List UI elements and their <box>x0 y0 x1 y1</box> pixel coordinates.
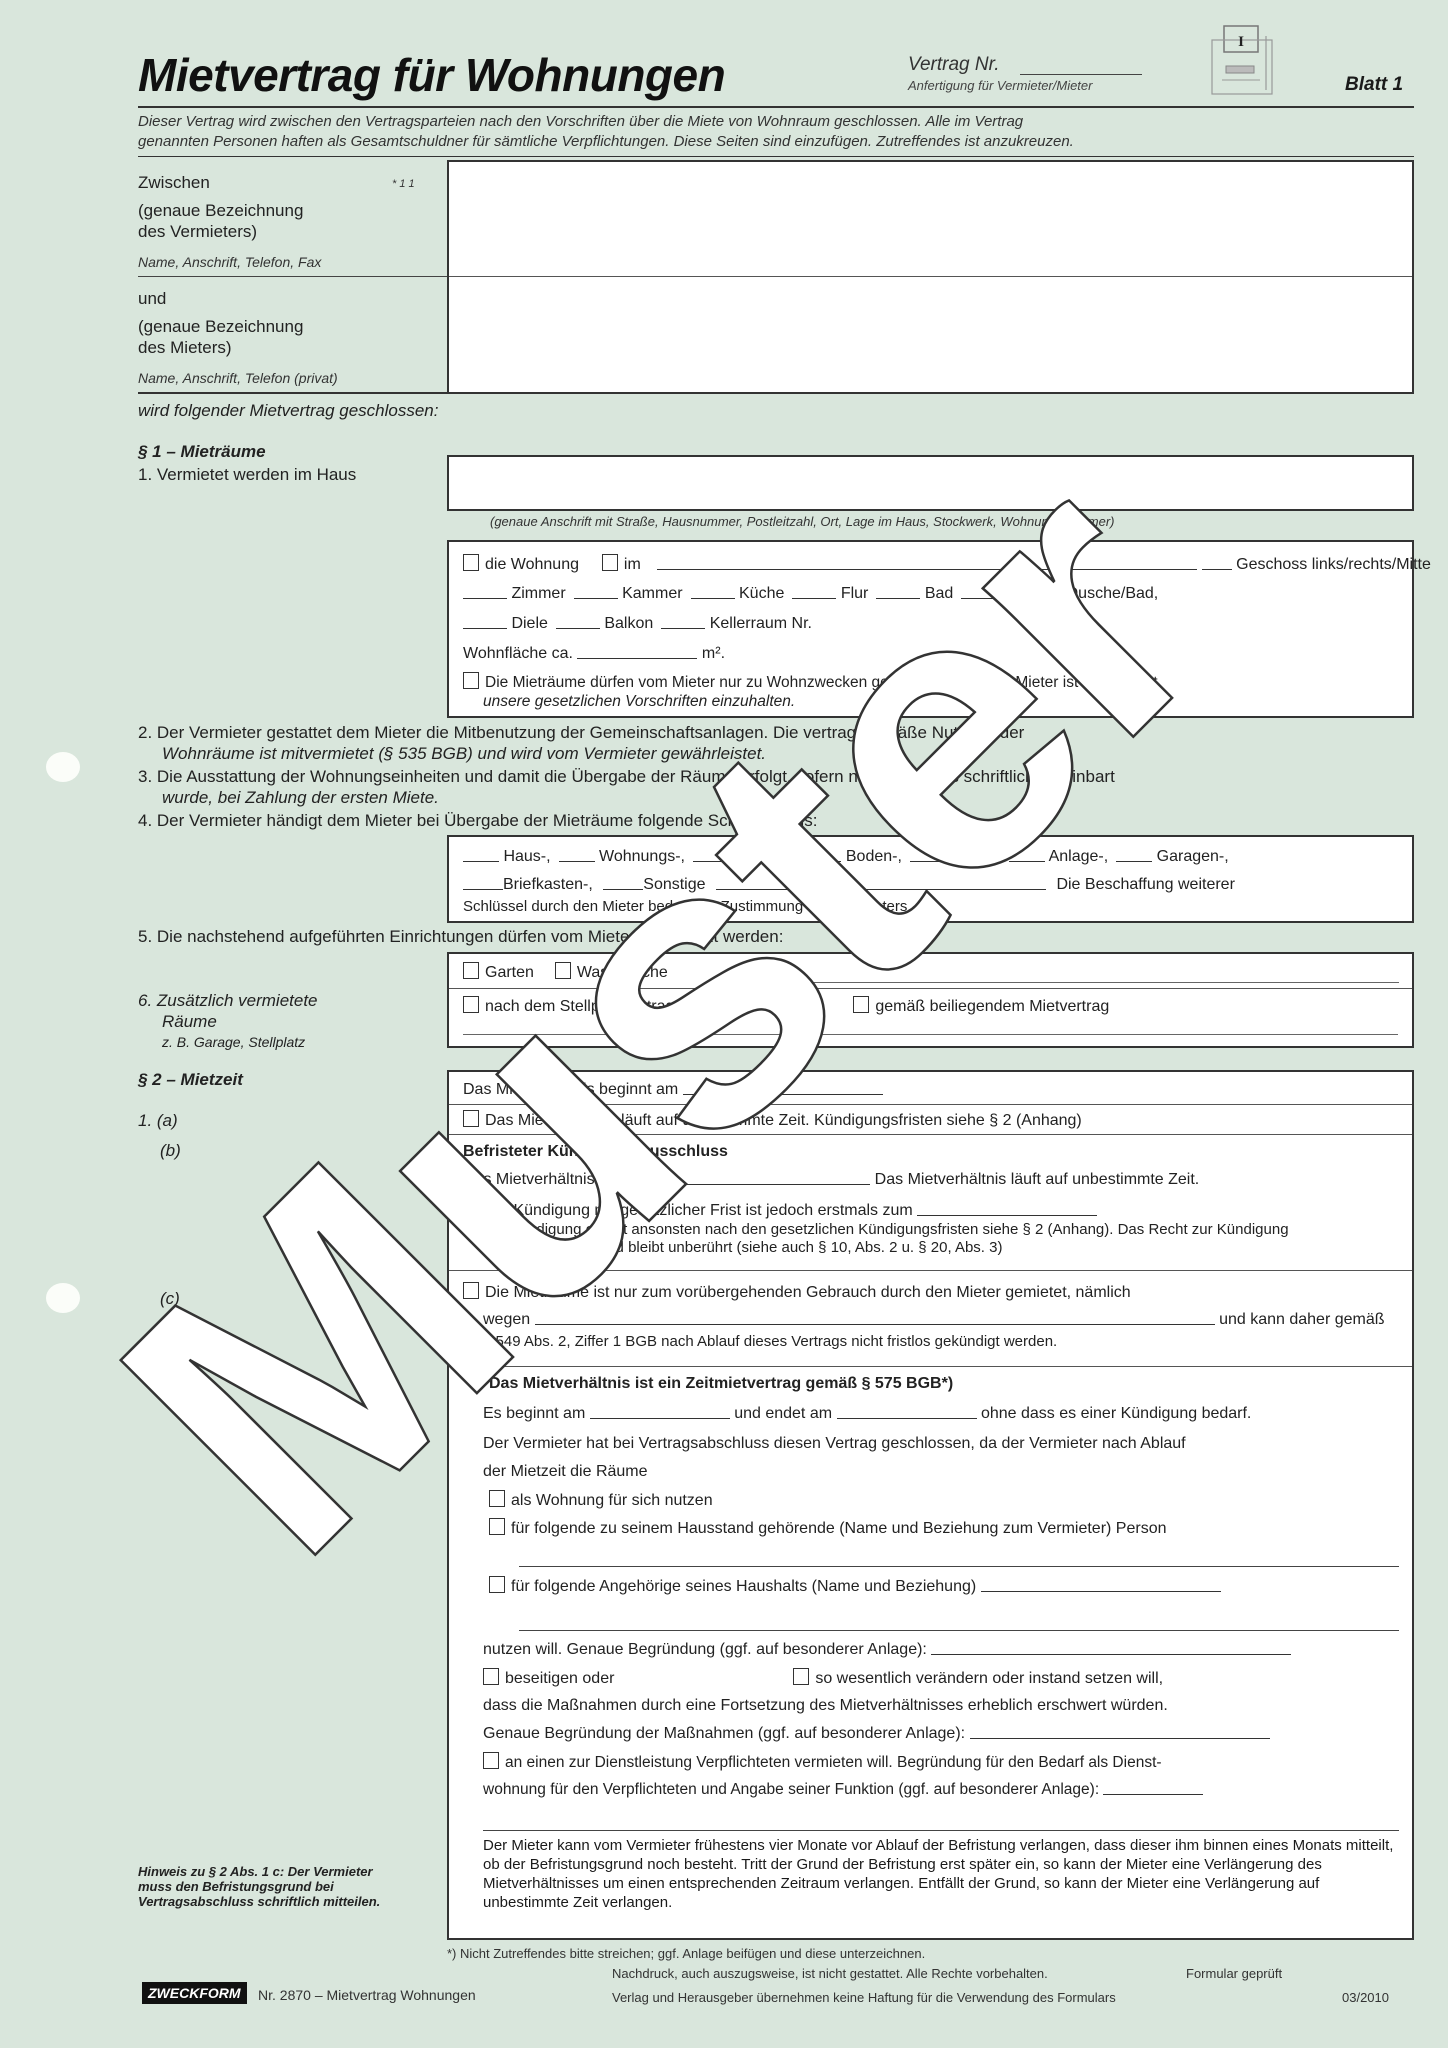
area-label: Wohnfläche ca. <box>463 645 573 662</box>
room-label: WC mit Dusche/Bad, <box>1005 585 1158 602</box>
opt-stellplatz-label: nach dem Stellplatzvertrag <box>485 998 674 1015</box>
key-count-field[interactable] <box>805 847 841 862</box>
zeit-reason-2: der Mietzeit die Räume <box>483 1462 648 1482</box>
opt-unbefristet-label: Das Mietverhältnis läuft auf unbestimmte… <box>485 1112 1082 1129</box>
kuendigung-first-field[interactable] <box>917 1201 1097 1216</box>
checkbox-befristet[interactable] <box>463 1282 479 1299</box>
key-count-field[interactable] <box>1116 847 1152 862</box>
footer-right-1: Formular geprüft <box>1186 1966 1282 1981</box>
address-caption: (genaue Anschrift mit Straße, Hausnummer… <box>490 514 1114 529</box>
befristet-tail: und kann daher gemäß <box>1219 1311 1384 1328</box>
landlord-sub: Name, Anschrift, Telefon, Fax <box>138 254 321 270</box>
party-divider <box>138 276 448 277</box>
use-terms-label-2: unsere gesetzlichen Vorschriften einzuha… <box>483 692 795 712</box>
contract-number-label: Vertrag Nr. <box>908 54 1000 76</box>
room-count-field[interactable] <box>661 614 705 629</box>
room-label: Balkon <box>600 615 653 632</box>
opt-familie-label: für folgende zu seinem Hausstand gehören… <box>511 1520 1166 1537</box>
checkbox-waschkueche[interactable] <box>555 962 571 979</box>
extras-box: Garten Waschküche nach dem Stellplatzver… <box>447 952 1414 1048</box>
reason-2: dass die Maßnahmen durch eine Fortsetzun… <box>483 1696 1168 1716</box>
use-terms-label: Die Mieträume dürfen vom Mieter nur zu W… <box>485 674 1162 691</box>
opt-eigen-label: als Wohnung für sich nutzen <box>511 1492 713 1509</box>
geschoss-label: Geschoss links/rechts/Mitte <box>1236 556 1431 573</box>
room-count-field[interactable] <box>463 614 507 629</box>
svg-text:I: I <box>1238 34 1244 50</box>
key-count-field[interactable] <box>463 847 499 862</box>
term-divider-4 <box>449 1366 1412 1367</box>
punch-hole-bottom <box>46 1283 80 1313</box>
reason-field[interactable] <box>931 1640 1291 1655</box>
section-2-heading: § 2 – Mietzeit <box>138 1070 243 1090</box>
familie-field[interactable] <box>519 1566 1399 1567</box>
s1-item6-label: 6. Zusätzlich vermietete Räume z. B. Gar… <box>138 990 318 1053</box>
term-divider-1 <box>449 1104 1412 1105</box>
notice-rule <box>483 1830 1399 1831</box>
contract-number-field[interactable] <box>1020 74 1142 75</box>
room-count-field[interactable] <box>463 584 507 599</box>
reason-3-field[interactable] <box>970 1724 1270 1739</box>
room-count-field[interactable] <box>574 584 618 599</box>
angehoerige-field[interactable] <box>981 1577 1221 1592</box>
zeit-end-label: und endet am <box>734 1405 832 1422</box>
brand-logo: ZWECKFORM <box>142 1982 247 2004</box>
footer-copyright-2: Verlag und Herausgeber übernehmen keine … <box>612 1990 1116 2005</box>
landlord-field[interactable] <box>449 162 1412 276</box>
room-label: Flur <box>836 585 868 602</box>
zeit-tail: ohne dass es einer Kündigung bedarf. <box>981 1405 1251 1422</box>
room-count-field[interactable] <box>961 584 1005 599</box>
key-label: Haus-, <box>499 848 551 865</box>
intro-rule <box>138 156 1414 157</box>
key-label: Boden-, <box>841 848 901 865</box>
room-label: Zimmer <box>507 585 566 602</box>
key-other-field[interactable] <box>716 875 1046 890</box>
zeit-begin-label: Es beginnt am <box>483 1405 585 1422</box>
key-count-sonstige[interactable] <box>603 875 643 890</box>
checkbox-veraendern[interactable] <box>793 1668 809 1685</box>
kuendigung-end-label: Das Mietverhältnis endet am <box>463 1171 666 1188</box>
form-binder-icon: I <box>1208 24 1280 96</box>
key-count-field[interactable] <box>1009 847 1045 862</box>
footer-copyright-1: Nachdruck, auch auszugsweise, ist nicht … <box>612 1966 1048 1981</box>
footer-date: 03/2010 <box>1342 1990 1389 2005</box>
parties-box <box>447 160 1414 394</box>
s1-item4: 4. Der Vermieter händigt dem Mieter bei … <box>138 810 817 831</box>
room-count-field[interactable] <box>556 614 600 629</box>
opt-im-label: im <box>624 556 641 573</box>
kuendigung-line-3: Die Kündigung erfolgt ansonsten nach den… <box>483 1220 1289 1240</box>
kuendigung-first-label: Die Kündigung mit gesetzlicher Frist ist… <box>485 1202 913 1219</box>
sheet-number: Blatt 1 <box>1345 74 1403 96</box>
term-divider-3 <box>449 1270 1412 1271</box>
page-title: Mietvertrag für Wohnungen <box>138 48 725 102</box>
checkbox-unbefristet[interactable] <box>463 1110 479 1127</box>
start-date-field[interactable] <box>683 1080 883 1095</box>
opt-garage-label: gemäß beiliegendem Mietvertrag <box>875 998 1109 1015</box>
checkbox-kuendigung[interactable] <box>463 1200 479 1217</box>
punch-hole-top <box>46 752 80 782</box>
term-box: Das Mietverhältnis beginnt am Das Mietve… <box>447 1070 1414 1940</box>
room-label: Kammer <box>618 585 683 602</box>
kuendigung-note: Das Mietverhältnis läuft auf unbestimmte… <box>875 1171 1200 1188</box>
s1-item2: 2. Der Vermieter gestattet dem Mieter di… <box>138 722 1414 764</box>
checkbox-wohnung[interactable] <box>463 554 479 571</box>
opt-veraendern-label: so wesentlich verändern oder instand set… <box>815 1670 1163 1687</box>
befristet-reason-field[interactable] <box>535 1310 1215 1325</box>
angehoerige-field-2[interactable] <box>519 1630 1399 1631</box>
zeitmiet-heading: Das Mietverhältnis ist ein Zeitmietvertr… <box>489 1374 953 1394</box>
opt-waschkueche-label: Waschküche <box>577 964 668 981</box>
befristung-notice: Der Mieter kann vom Vermieter frühestens… <box>483 1836 1399 1912</box>
key-sonstige-label: Sonstige <box>643 876 705 893</box>
article-number: Nr. 2870 – Mietvertrag Wohnungen <box>258 1987 476 2003</box>
rooms-row-2: Diele Balkon Kellerraum Nr. <box>463 614 812 634</box>
keys-note: Schlüssel durch den Mieter bedarf der Zu… <box>463 897 912 917</box>
opt-garten-label: Garten <box>485 964 534 981</box>
key-label: Wohnungs-, <box>595 848 685 865</box>
room-count-field[interactable] <box>876 584 920 599</box>
checkbox-im[interactable] <box>602 554 618 571</box>
key-briefkasten-label: Briefkasten-, <box>503 876 593 893</box>
room-label: Küche <box>735 585 785 602</box>
header-rule <box>138 106 1414 108</box>
key-count-field[interactable] <box>693 847 729 862</box>
tenant-label: (genaue Bezeichnungdes Mieters) <box>138 316 303 358</box>
key-label: Zimmer-, <box>729 848 797 865</box>
area-field[interactable] <box>577 644 697 659</box>
parties-bottom-rule <box>138 392 448 394</box>
opt-beseitigen-label: beseitigen oder <box>505 1670 614 1687</box>
reason-3-label: Genaue Begründung der Maßnahmen (ggf. au… <box>483 1725 965 1742</box>
zeit-end-field[interactable] <box>837 1404 977 1419</box>
key-count-field[interactable] <box>910 847 946 862</box>
s1-item5: 5. Die nachstehend aufgeführten Einricht… <box>138 926 783 947</box>
s2-item1a: 1. (a) <box>138 1110 178 1131</box>
kuendigung-heading: Befristeter Kündigungsausschluss <box>463 1142 728 1162</box>
area-unit: m². <box>702 645 725 662</box>
opt-wohnung-label: die Wohnung <box>485 556 579 573</box>
key-count-briefkasten[interactable] <box>463 875 503 890</box>
befristet-line-3: § 549 Abs. 2, Ziffer 1 BGB nach Ablauf d… <box>483 1332 1057 1352</box>
opt-befristet-label: Die Mieträume ist nur zum vorübergehende… <box>485 1284 1131 1301</box>
checkbox-beseitigen[interactable] <box>483 1668 499 1685</box>
s2-item1c: (c) <box>160 1288 180 1309</box>
room-count-field[interactable] <box>792 584 836 599</box>
side-note: Hinweis zu § 2 Abs. 1 c: Der Vermieter m… <box>138 1864 388 1909</box>
dienst-field[interactable] <box>1103 1780 1203 1795</box>
floor-field[interactable] <box>657 555 1197 570</box>
key-count-field[interactable] <box>559 847 595 862</box>
floor-blank <box>1202 555 1232 570</box>
parties-box-divider <box>449 276 1412 277</box>
rooms-row: Zimmer Kammer Küche Flur Bad WC mit Dusc… <box>463 584 1158 604</box>
s1-item1-label: 1. Vermietet werden im Haus <box>138 464 356 485</box>
zeit-reason-1: Der Vermieter hat bei Vertragsabschluss … <box>483 1434 1186 1454</box>
tenant-sub: Name, Anschrift, Telefon (privat) <box>138 370 338 386</box>
kuendigung-line-4: aus wichtigem Grund bleibt unberührt (si… <box>483 1238 1002 1258</box>
term-divider-2 <box>449 1134 1412 1135</box>
tenant-field[interactable] <box>449 278 1412 392</box>
s2-item1b: (b) <box>160 1140 181 1161</box>
checkbox-familie[interactable] <box>489 1518 505 1535</box>
checkbox-angehoerige[interactable] <box>489 1576 505 1593</box>
extras-line-1 <box>709 982 1399 983</box>
key-label: Keller-, <box>946 848 1001 865</box>
extras-divider <box>449 988 1412 989</box>
opt-dienst-label: an einen zur Dienstleistung Verpflichtet… <box>505 1754 1162 1771</box>
befristet-reason-label: wegen <box>483 1311 530 1328</box>
room-label: Kellerraum Nr. <box>705 615 812 632</box>
footnote: *) Nicht Zutreffendes bitte streichen; g… <box>447 1946 925 1961</box>
room-label: Diele <box>507 615 548 632</box>
checkbox-eigennutzung[interactable] <box>489 1490 505 1507</box>
checkbox-dienstwohnung[interactable] <box>483 1752 499 1769</box>
keys-row: Haus-, Wohnungs-, Zimmer-, Boden-, Kelle… <box>463 847 1229 867</box>
contract-number-hint: Anfertigung für Vermieter/Mieter <box>908 78 1092 93</box>
key-label: Garagen-, <box>1152 848 1228 865</box>
intro-text: Dieser Vertrag wird zwischen den Vertrag… <box>138 112 1414 152</box>
key-note-label: Die Beschaffung weiterer <box>1056 876 1234 893</box>
tenant-heading: und <box>138 288 166 309</box>
checkbox-garten[interactable] <box>463 962 479 979</box>
checkbox-stellplatz[interactable] <box>463 996 479 1013</box>
zeit-begin-field[interactable] <box>590 1404 730 1419</box>
landlord-marker: * 1 1 <box>392 178 415 190</box>
key-label: Anlage-, <box>1045 848 1108 865</box>
address-field[interactable] <box>447 455 1414 511</box>
landlord-heading: Zwischen <box>138 172 210 193</box>
parties-closing: wird folgender Mietvertrag geschlossen: <box>138 400 438 421</box>
s1-item3: 3. Die Ausstattung der Wohnungseinheiten… <box>138 766 1414 808</box>
dienst-2-label: wohnung für den Verpflichteten und Angab… <box>483 1781 1099 1798</box>
extras-line-2 <box>463 1034 1398 1035</box>
checkbox-use-terms[interactable] <box>463 672 479 689</box>
section-1-heading: § 1 – Mieträume <box>138 442 266 462</box>
rooms-box: die Wohnung im Geschoss links/rechts/Mit… <box>447 540 1414 718</box>
reason-label: nutzen will. Genaue Begründung (ggf. auf… <box>483 1641 927 1658</box>
start-label: Das Mietverhältnis beginnt am <box>463 1081 678 1098</box>
landlord-label: (genaue Bezeichnungdes Vermieters) <box>138 200 303 242</box>
opt-angehoerige-label: für folgende Angehörige seines Haushalts… <box>511 1578 976 1595</box>
checkbox-garage[interactable] <box>853 996 869 1013</box>
kuendigung-end-field[interactable] <box>670 1170 870 1185</box>
keys-box: Haus-, Wohnungs-, Zimmer-, Boden-, Kelle… <box>447 835 1414 923</box>
room-count-field[interactable] <box>691 584 735 599</box>
room-label: Bad <box>920 585 953 602</box>
